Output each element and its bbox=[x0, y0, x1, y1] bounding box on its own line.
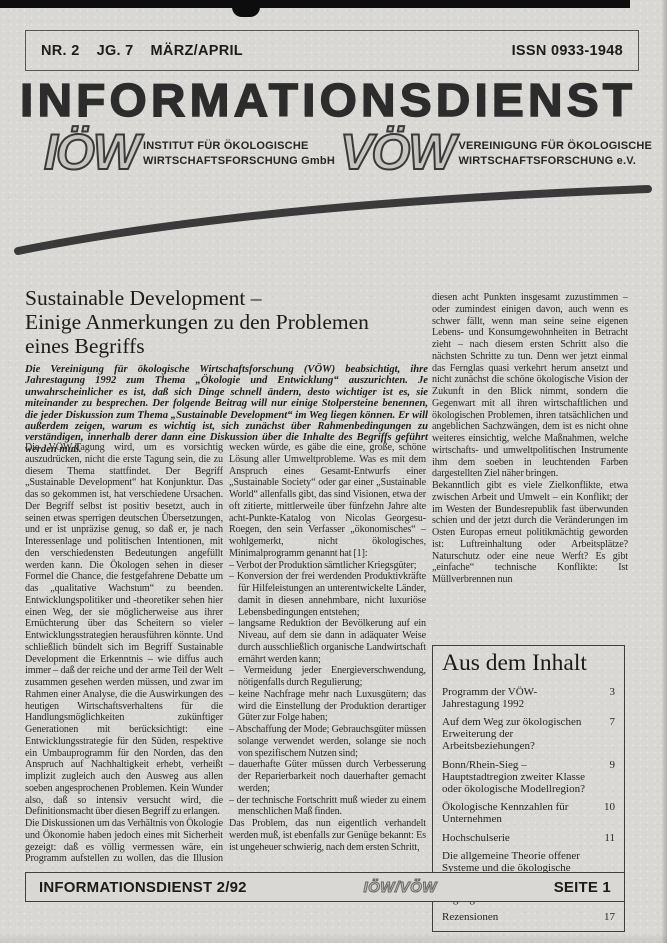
scanned-newsletter-page: NR. 2 JG. 7 MÄRZ/APRIL ISSN 0933-1948 IN… bbox=[0, 0, 667, 943]
vow-logo-text: VEREINIGUNG FÜR ÖKOLOGISCHE WIRTSCHAFTSF… bbox=[458, 139, 652, 168]
toc-item-label: Programm der VÖW-Jahrestagung 1992 bbox=[442, 686, 590, 710]
iow-logo: IÖW INSTITUT FÜR ÖKOLOGISCHE WIRTSCHAFTS… bbox=[44, 130, 335, 175]
swoosh-divider bbox=[0, 180, 667, 265]
toc-item-page: 17 bbox=[604, 911, 615, 923]
toc-item-page: 9 bbox=[610, 759, 616, 771]
scan-artifact-notch bbox=[232, 7, 260, 17]
toc-item-label: Bonn/Rhein-Sieg – Hauptstadtregion zweit… bbox=[442, 759, 590, 795]
article-title-line1: Sustainable Development – bbox=[25, 286, 425, 310]
article-title: Sustainable Development – Einige Anmerku… bbox=[25, 286, 425, 358]
toc-item: Bonn/Rhein-Sieg – Hauptstadtregion zweit… bbox=[442, 759, 615, 795]
page-footer: INFORMATIONSDIENST 2/92 IÖW/VÖW SEITE 1 bbox=[25, 872, 625, 902]
toc-item-label: Ökologische Kennzahlen für Unternehmen bbox=[442, 801, 590, 825]
newsletter-title: INFORMATIONSDIENST bbox=[20, 77, 636, 123]
iow-logo-text: INSTITUT FÜR ÖKOLOGISCHE WIRTSCHAFTSFORS… bbox=[143, 139, 335, 168]
scan-edge-shadow-bottom bbox=[0, 933, 667, 943]
paragraph: Das Problem, das nun eigentlich verhande… bbox=[229, 818, 426, 853]
toc-item-page: 3 bbox=[610, 686, 616, 698]
issue-info: NR. 2 JG. 7 MÄRZ/APRIL bbox=[41, 43, 243, 59]
paragraph: Die Diskussionen um das Verhältnis von Ö… bbox=[25, 818, 223, 867]
article-column-2: wecken würde, es gäbe die eine, große, s… bbox=[229, 442, 426, 867]
vow-logo-acronym: VÖW bbox=[340, 130, 455, 175]
footer-page-number: SEITE 1 bbox=[554, 879, 611, 896]
vow-logo-line2: WIRTSCHAFTSFORSCHUNG e.V. bbox=[458, 154, 652, 168]
scan-edge-shadow-right bbox=[661, 0, 667, 943]
vow-logo-line1: VEREINIGUNG FÜR ÖKOLOGISCHE bbox=[458, 139, 652, 153]
list-item: – der technische Fortschritt muß wieder … bbox=[229, 795, 426, 819]
footer-issue-label: INFORMATIONSDIENST 2/92 bbox=[39, 879, 247, 896]
paragraph: Die VÖW-Tagung wird, um es vorsichtig au… bbox=[25, 442, 223, 818]
paragraph: Bekanntlich gibt es viele Zielkonflikte,… bbox=[432, 480, 628, 586]
article-column-3: diesen acht Punkten insgesamt zuzustimme… bbox=[432, 292, 628, 632]
toc-item-label: Rezensionen bbox=[442, 911, 498, 923]
toc-item-label: Hochschulserie bbox=[442, 832, 510, 844]
iow-vow-footer-logo: IÖW/VÖW bbox=[363, 879, 437, 896]
toc-item: Auf dem Weg zur ökologischen Erweiterung… bbox=[442, 716, 615, 752]
toc-item: Ökologische Kennzahlen für Unternehmen10 bbox=[442, 801, 615, 825]
list-item: – keine Nachfrage mehr nach Luxusgütern;… bbox=[229, 689, 426, 724]
toc-item-page: 11 bbox=[604, 832, 615, 844]
paragraph: wecken würde, es gäbe die eine, große, s… bbox=[229, 442, 426, 560]
toc-item: Rezensionen17 bbox=[442, 911, 615, 923]
vow-logo: VÖW VEREINIGUNG FÜR ÖKOLOGISCHE WIRTSCHA… bbox=[340, 130, 652, 175]
issn-number: ISSN 0933-1948 bbox=[512, 43, 623, 59]
article-title-line3: eines Begriffs bbox=[25, 334, 425, 358]
article-column-1: Die VÖW-Tagung wird, um es vorsichtig au… bbox=[25, 442, 223, 867]
list-item: – Konversion der frei werdenden Produkti… bbox=[229, 571, 426, 618]
toc-item-label: Auf dem Weg zur ökologischen Erweiterung… bbox=[442, 716, 590, 752]
issue-header-box: NR. 2 JG. 7 MÄRZ/APRIL ISSN 0933-1948 bbox=[25, 30, 639, 71]
list-item: – Abschaffung der Mode; Gebrauchsgüter m… bbox=[229, 724, 426, 759]
volume-number: JG. 7 bbox=[97, 43, 134, 59]
toc-item: Hochschulserie11 bbox=[442, 832, 615, 844]
list-item: – dauerhafte Güter müssen durch Verbesse… bbox=[229, 759, 426, 794]
issue-date: MÄRZ/APRIL bbox=[151, 43, 243, 59]
paragraph: diesen acht Punkten insgesamt zuzustimme… bbox=[432, 292, 628, 480]
iow-logo-line1: INSTITUT FÜR ÖKOLOGISCHE bbox=[143, 139, 335, 153]
toc-item-page: 7 bbox=[610, 716, 616, 728]
toc-title: Aus dem Inhalt bbox=[442, 651, 615, 677]
iow-logo-acronym: IÖW bbox=[44, 130, 140, 175]
iow-logo-line2: WIRTSCHAFTSFORSCHUNG GmbH bbox=[143, 154, 335, 168]
list-item: – langsame Reduktion der Bevölkerung auf… bbox=[229, 618, 426, 665]
list-item: – Vermeidung jeder Energieverschwendung,… bbox=[229, 665, 426, 689]
toc-item: Programm der VÖW-Jahrestagung 19923 bbox=[442, 686, 615, 710]
list-item: – Verbot der Produktion sämtlicher Krieg… bbox=[229, 560, 426, 572]
scan-artifact-bar bbox=[0, 0, 630, 8]
toc-item-page: 10 bbox=[604, 801, 615, 813]
article-title-line2: Einige Anmerkungen zu den Problemen bbox=[25, 310, 425, 334]
issue-number: NR. 2 bbox=[41, 43, 80, 59]
